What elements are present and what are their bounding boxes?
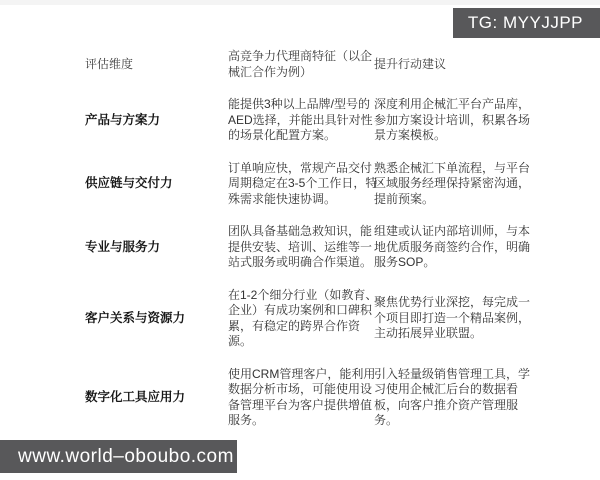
document-page: TG: MYYJJPP 评估维度 高竞争力代理商特征（以企 械汇合作为例） 提升…	[0, 0, 600, 480]
row-feature-text: 能提供3种以上品牌/型号的 AED选择，并能出具针对性 的场景化配置方案。	[228, 97, 374, 144]
row-feature-text: 团队具备基础急救知识，能 提供安装、培训、运维等一 站式服务或明确合作渠道。	[228, 224, 374, 271]
row-dimension-label: 数字化工具应用力	[85, 390, 228, 406]
column-header-feature: 高竞争力代理商特征（以企 械汇合作为例）	[228, 49, 374, 80]
row-action-text: 引入轻量级销售管理工具，学 习使用企械汇后台的数据看 板，向客户推介资产管理服 …	[374, 367, 534, 429]
row-feature-text: 订单响应快，常规产品交付 周期稳定在3-5个工作日，特 殊需求能快速协调。	[228, 161, 374, 208]
row-action-text: 熟悉企械汇下单流程，与平台 区域服务经理保持紧密沟通， 提前预案。	[374, 161, 534, 208]
row-action-text: 深度利用企械汇平台产品库， 参加方案设计培训，积累各场 景方案模板。	[374, 97, 534, 144]
top-edge-strip	[0, 0, 600, 5]
row-action-text: 组建或认证内部培训师，与本 地优质服务商签约合作，明确 服务SOP。	[374, 224, 534, 271]
column-header-dimension: 评估维度	[85, 57, 228, 73]
agent-evaluation-table: 评估维度 高竞争力代理商特征（以企 械汇合作为例） 提升行动建议 产品与方案力 …	[85, 49, 534, 429]
row-feature-text: 使用CRM管理客户，能利用 数据分析市场，可能使用设 备管理平台为客户提供增值 …	[228, 367, 374, 429]
row-dimension-label: 专业与服务力	[85, 240, 228, 256]
watermark-telegram-text: TG: MYYJJPP	[468, 13, 583, 33]
watermark-telegram-badge: TG: MYYJJPP	[453, 8, 600, 38]
row-action-text: 聚焦优势行业深挖，每完成一 个项目即打造一个精品案例， 主动拓展异业联盟。	[374, 295, 534, 342]
row-feature-text: 在1-2个细分行业（如教育、 企业）有成功案例和口碑积 累，有稳定的跨界合作资 …	[228, 288, 374, 350]
watermark-website-text: www.world–oboubo.com	[18, 446, 234, 468]
row-dimension-label: 客户关系与资源力	[85, 311, 228, 327]
column-header-action: 提升行动建议	[374, 57, 534, 73]
row-dimension-label: 供应链与交付力	[85, 176, 228, 192]
watermark-website-badge: www.world–oboubo.com	[0, 440, 237, 473]
row-dimension-label: 产品与方案力	[85, 113, 228, 129]
